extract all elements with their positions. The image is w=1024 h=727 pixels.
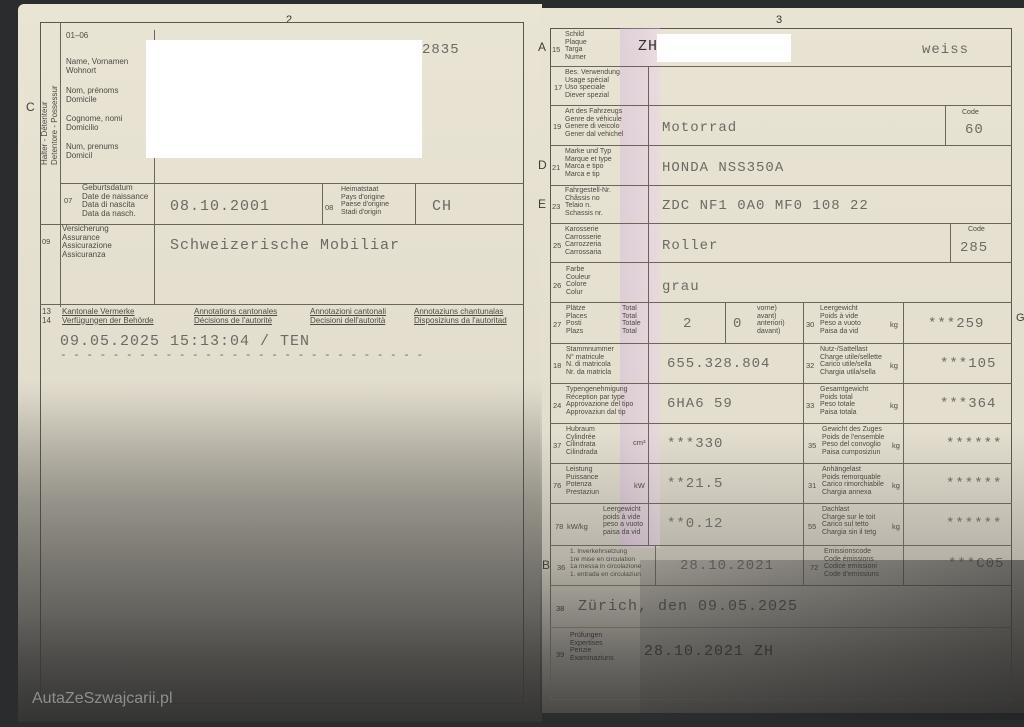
holder-label-rm: Num, prenums Domicil (66, 143, 118, 160)
type-approval-code: 24 (553, 401, 561, 410)
divider (950, 223, 951, 262)
seats-label: Plätze Places Posti Plazs (566, 305, 587, 335)
birthdate-code: 07 (64, 196, 72, 205)
body-value: Roller (662, 238, 718, 254)
color-value: grau (662, 279, 700, 295)
vehicle-type-value: Motorrad (662, 120, 737, 136)
vehicle-type-code-label: Code (962, 109, 979, 117)
section-letter-d: D (538, 158, 547, 172)
trailer-load-unit: kg (892, 481, 900, 490)
payload-code: 32 (806, 361, 814, 370)
holder-vertical-label: Halter - Détenteur (40, 101, 49, 165)
train-weight-code: 35 (808, 441, 816, 450)
divider (903, 302, 904, 585)
insurance-value: Schweizerische Mobiliar (170, 237, 400, 254)
matriculation-code: 18 (553, 361, 561, 370)
annotation-entry: 09.05.2025 15:13:04 / TEN (60, 333, 310, 350)
annotations-codes: 13 14 (42, 308, 51, 325)
displacement-code: 37 (553, 441, 561, 450)
holder-label-it: Cognome, nomi Domicilio (66, 115, 122, 132)
total-weight-value: ***364 (940, 396, 996, 412)
power-weight-code: 78 (555, 522, 563, 531)
payload-value: ***105 (940, 356, 996, 372)
divider (40, 224, 524, 225)
payload-unit: kg (890, 361, 898, 370)
body-code: 25 (553, 241, 561, 250)
photo-shadow (18, 380, 542, 722)
holder-id-suffix: 2835 (422, 42, 460, 58)
body-code-label: Code (968, 226, 985, 234)
divider (550, 463, 1012, 464)
chassis-label: Fahrgestell-Nr. Châssis no Telaio n. Sch… (565, 187, 611, 217)
roof-load-value: ****** (946, 516, 1002, 532)
exam-code: 39 (556, 650, 564, 659)
divider (550, 503, 1012, 504)
divider (803, 302, 804, 585)
holder-vertical-label-2: Detentore - Possessur (50, 85, 59, 165)
chassis-code: 23 (552, 202, 560, 211)
divider (550, 145, 1012, 146)
power-label: Leistung Puissance Potenza Prestaziun (566, 466, 599, 496)
divider (415, 184, 416, 224)
divider (550, 223, 1012, 224)
divider (322, 184, 323, 224)
first-registration-label: 1. Inverkehrsetzung 1re mise en circulat… (570, 548, 641, 578)
power-value: **21.5 (667, 476, 723, 492)
power-unit: kW (634, 481, 645, 490)
plate-prefix: ZH (638, 38, 658, 55)
seats-total-label: Total Total Totale Total (622, 305, 641, 335)
annotations-label-de: Kantonale Vermerke Verfügungen der Behör… (62, 308, 154, 325)
type-approval-label: Typengenehmigung Réception par type Appr… (566, 386, 633, 416)
color-code: 26 (553, 281, 561, 290)
seats-front-value: 0 (733, 316, 742, 332)
insurance-label: Versicherung Assurance Assicurazione Ass… (62, 225, 112, 259)
seats-total-value: 2 (683, 316, 692, 332)
exam-label: Prüfungen Expertises Perizie Examinaziun… (570, 632, 614, 662)
body-label: Karosserie Carrosserie Carrozzeria Carro… (565, 226, 601, 256)
section-letter-e: E (538, 197, 546, 211)
section-letter-g: G (1016, 312, 1024, 324)
hologram-strip (620, 28, 660, 548)
roof-load-code: 55 (808, 522, 816, 531)
train-weight-unit: kg (892, 441, 900, 450)
roof-load-unit: kg (892, 522, 900, 531)
origin-value: CH (432, 198, 452, 215)
empty-weight-unit: kg (890, 320, 898, 329)
color-label: Farbe Couleur Colore Colur (566, 266, 591, 296)
divider (550, 185, 1012, 186)
make-code: 21 (552, 163, 560, 172)
special-use-code: 17 (554, 83, 562, 92)
photo-shadow-right (640, 560, 1024, 720)
holder-field-code: 01–06 (66, 32, 88, 41)
divider (40, 304, 524, 305)
origin-code: 08 (325, 203, 333, 212)
annotation-dashes: - - - - - - - - - - - - - - - - - - - - … (60, 350, 423, 362)
holder-label-de: Name, Vornamen Wohnort (66, 58, 128, 75)
origin-label: Heimatstaat Pays d'origine Paese d'origi… (341, 186, 389, 216)
divider (550, 262, 1012, 263)
issue-code: 38 (556, 604, 564, 613)
plate-color: weiss (922, 42, 969, 58)
displacement-value: ***330 (667, 436, 723, 452)
plate-number-redaction (657, 34, 791, 62)
holder-name-redaction (146, 40, 422, 158)
birthdate-value: 08.10.2001 (170, 198, 270, 215)
trailer-load-value: ****** (946, 476, 1002, 492)
trailer-load-label: Anhängelast Poids remorquable Carico rim… (822, 466, 884, 496)
divider (550, 423, 1012, 424)
insurance-code: 09 (42, 237, 50, 246)
displacement-label: Hubraum Cylindrée Cilindrata Cilindrada (566, 426, 598, 456)
roof-load-label: Dachlast Charge sur le toit Carico sul t… (822, 506, 876, 536)
first-registration-code: 36 (557, 563, 565, 572)
vehicle-type-label: Art des Fahrzeugs Genre de véhicule Gene… (565, 108, 623, 138)
holder-label-fr: Nom, prénoms Domicile (66, 87, 118, 104)
payload-label: Nutz-/Sattellast Charge utile/sellette C… (820, 346, 882, 376)
power-weight-unit: kW/kg (567, 522, 588, 531)
matriculation-label: Stammnummer N° matricule N. di matricola… (566, 346, 614, 376)
power-weight-value: **0.12 (667, 516, 723, 532)
vehicle-type-code: 19 (553, 122, 561, 131)
empty-weight-value: ***259 (928, 316, 984, 332)
power-weight-label: Leergewicht poids à vide peso a vuoto pa… (603, 506, 643, 536)
make-value: HONDA NSS350A (662, 160, 784, 176)
divider (550, 105, 1012, 106)
divider (550, 302, 1012, 303)
divider (550, 545, 1012, 546)
body-code-value: 285 (960, 240, 988, 256)
type-approval-value: 6HA6 59 (667, 396, 733, 412)
watermark: AutaZeSzwajcarii.pl (32, 690, 173, 708)
chassis-value: ZDC NF1 0A0 MF0 108 22 (662, 198, 869, 214)
seats-front-label: vorne) avant) anteriori) davant) (757, 305, 785, 335)
divider (725, 302, 726, 343)
annotations-label-it: Annotazioni cantonali Decisioni dell'aut… (310, 308, 386, 325)
empty-weight-label: Leergewicht Poids à vide Peso a vuoto Pa… (820, 305, 861, 335)
birthdate-label: Geburtsdatum Date de naissance Data di n… (82, 184, 148, 218)
empty-weight-code: 30 (806, 320, 814, 329)
make-label: Marke und Typ Marque et type Marca e tip… (565, 148, 612, 178)
matriculation-value: 655.328.804 (667, 356, 770, 372)
divider (945, 105, 946, 145)
train-weight-label: Gewicht des Zuges Poids de l'ensemble Pe… (822, 426, 884, 456)
total-weight-label: Gesamtgewicht Poids total Peso totale Pa… (820, 386, 868, 416)
section-letter-a: A (538, 40, 546, 54)
section-letter-c: C (26, 100, 35, 114)
trailer-load-code: 31 (808, 481, 816, 490)
annotations-label-fr: Annotations cantonales Décisions de l'au… (194, 308, 277, 325)
plate-code: 15 (552, 45, 560, 54)
train-weight-value: ****** (946, 436, 1002, 452)
page-number-right: 3 (776, 14, 782, 26)
divider (648, 66, 649, 546)
section-letter-b: B (542, 558, 550, 572)
total-weight-unit: kg (890, 401, 898, 410)
divider (60, 22, 61, 307)
divider (550, 383, 1012, 384)
displacement-unit: cm³ (633, 438, 646, 447)
power-code: 76 (553, 481, 561, 490)
annotations-label-rm: Annotaziuns chantunalas Disposiziuns da … (414, 308, 507, 325)
special-use-label: Bes. Verwendung Usage spécial Uso specia… (565, 69, 620, 99)
divider (550, 343, 1012, 344)
plate-label: Schild Plaque Targa Numer (565, 31, 587, 61)
seats-code: 27 (553, 320, 561, 329)
total-weight-code: 33 (806, 401, 814, 410)
divider (550, 66, 1012, 67)
vehicle-type-code-value: 60 (965, 122, 984, 138)
